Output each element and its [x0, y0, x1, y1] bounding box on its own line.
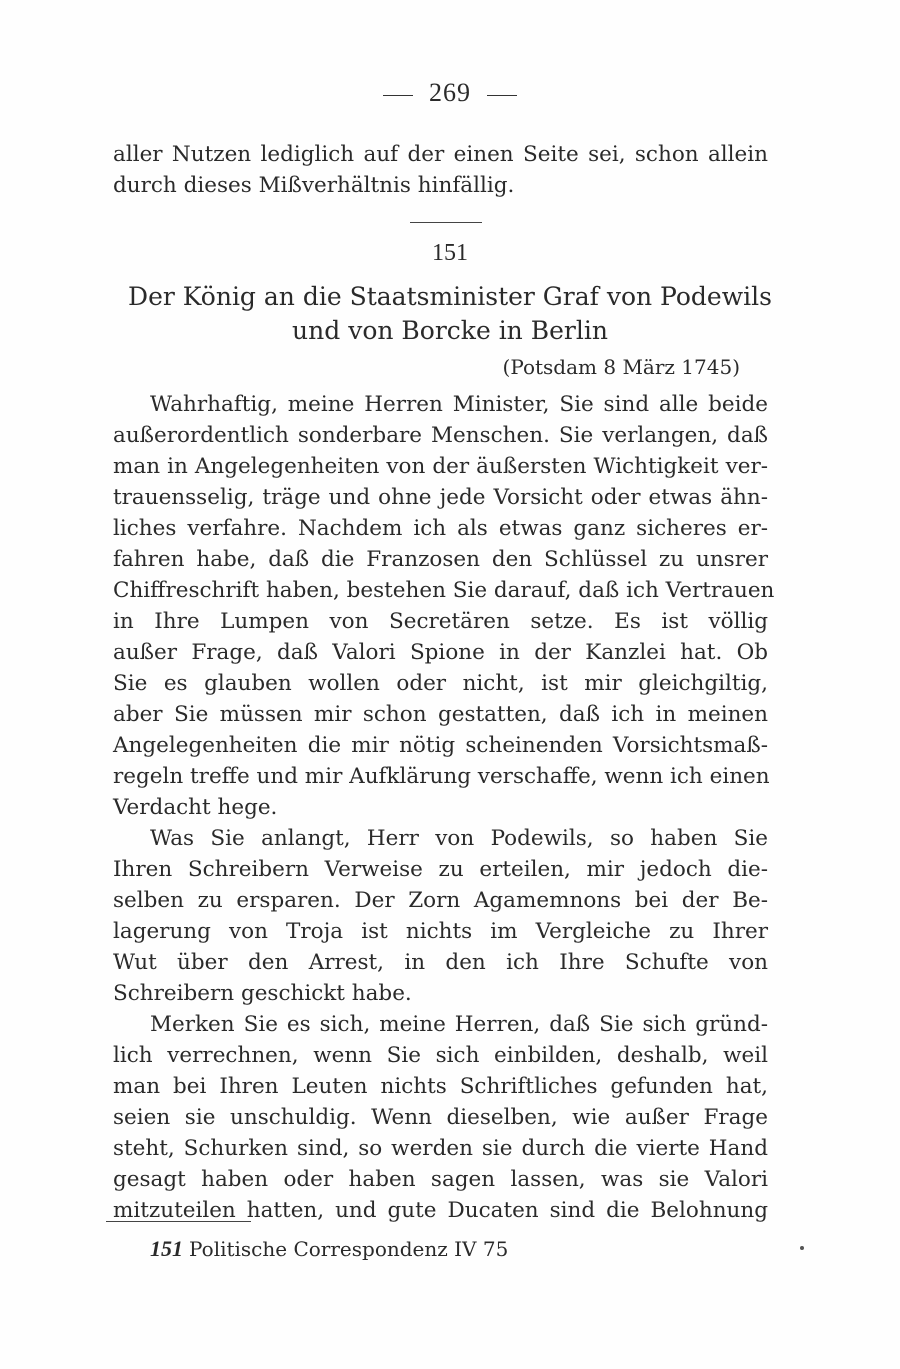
body-line: regeln treffe und mir Aufklärung verscha…: [113, 761, 768, 792]
body-line: Ihren Schreibern Verweise zu erteilen, m…: [113, 854, 768, 885]
document-title-line: und von Borcke in Berlin: [0, 316, 900, 345]
document-title-line: Der König an die Staatsminister Graf von…: [0, 282, 900, 311]
body-line: Chiffreschrift haben, bestehen Sie darau…: [113, 575, 768, 606]
body-line: liches verfahre. Nachdem ich als etwas g…: [113, 513, 768, 544]
document-number: 151: [0, 240, 900, 267]
continuation-line: aller Nutzen lediglich auf der einen Sei…: [113, 139, 768, 170]
body-line: außerordentlich sonderbare Menschen. Sie…: [113, 420, 768, 451]
section-divider: [410, 222, 482, 223]
body-line: außer Frage, daß Valori Spione in der Ka…: [113, 637, 768, 668]
body-line: Angelegenheiten die mir nötig scheinende…: [113, 730, 768, 761]
place-date: (Potsdam 8 März 1745): [503, 355, 740, 379]
footnote-rule: [106, 1221, 251, 1222]
body-line: lagerung von Troja ist nichts im Verglei…: [113, 916, 768, 947]
body-line: aber Sie müssen mir schon gestatten, daß…: [113, 699, 768, 730]
body-line: lich verrechnen, wenn Sie sich einbilden…: [113, 1040, 768, 1071]
header-dash-right: [487, 95, 517, 96]
body-line: Sie es glauben wollen oder nicht, ist mi…: [113, 668, 768, 699]
continuation-line: durch dieses Mißverhältnis hinfällig.: [113, 170, 768, 201]
scan-speck: [800, 1246, 804, 1250]
body-line: Was Sie anlangt, Herr von Podewils, so h…: [150, 823, 768, 854]
body-line: trauensselig, träge und ohne jede Vorsic…: [113, 482, 768, 513]
page-header: 269: [0, 78, 900, 108]
footnote: 151Politische Correspondenz IV 75: [150, 1236, 508, 1262]
body-line: seien sie unschuldig. Wenn dieselben, wi…: [113, 1102, 768, 1133]
footnote-text: Politische Correspondenz IV 75: [189, 1237, 508, 1261]
body-line: selben zu ersparen. Der Zorn Agamemnons …: [113, 885, 768, 916]
body-line: Schreibern geschickt habe.: [113, 978, 768, 1009]
header-dash-left: [383, 95, 413, 96]
body-line: Wut über den Arrest, in den ich Ihre Sch…: [113, 947, 768, 978]
body-line: fahren habe, daß die Franzosen den Schlü…: [113, 544, 768, 575]
body-line: Merken Sie es sich, meine Herren, daß Si…: [150, 1009, 768, 1040]
body-line: Wahrhaftig, meine Herren Minister, Sie s…: [150, 389, 768, 420]
body-line: man bei Ihren Leuten nichts Schriftliche…: [113, 1071, 768, 1102]
body-line: steht, Schurken sind, so werden sie durc…: [113, 1133, 768, 1164]
body-line: gesagt haben oder haben sagen lassen, wa…: [113, 1164, 768, 1195]
body-line: Verdacht hege.: [113, 792, 768, 823]
body-line: in Ihre Lumpen von Secretären setze. Es …: [113, 606, 768, 637]
book-page: 269 aller Nutzen lediglich auf der einen…: [0, 0, 900, 1369]
body-line: man in Angelegenheiten von der äußersten…: [113, 451, 768, 482]
page-number: 269: [429, 78, 471, 107]
footnote-number: 151: [150, 1236, 183, 1261]
